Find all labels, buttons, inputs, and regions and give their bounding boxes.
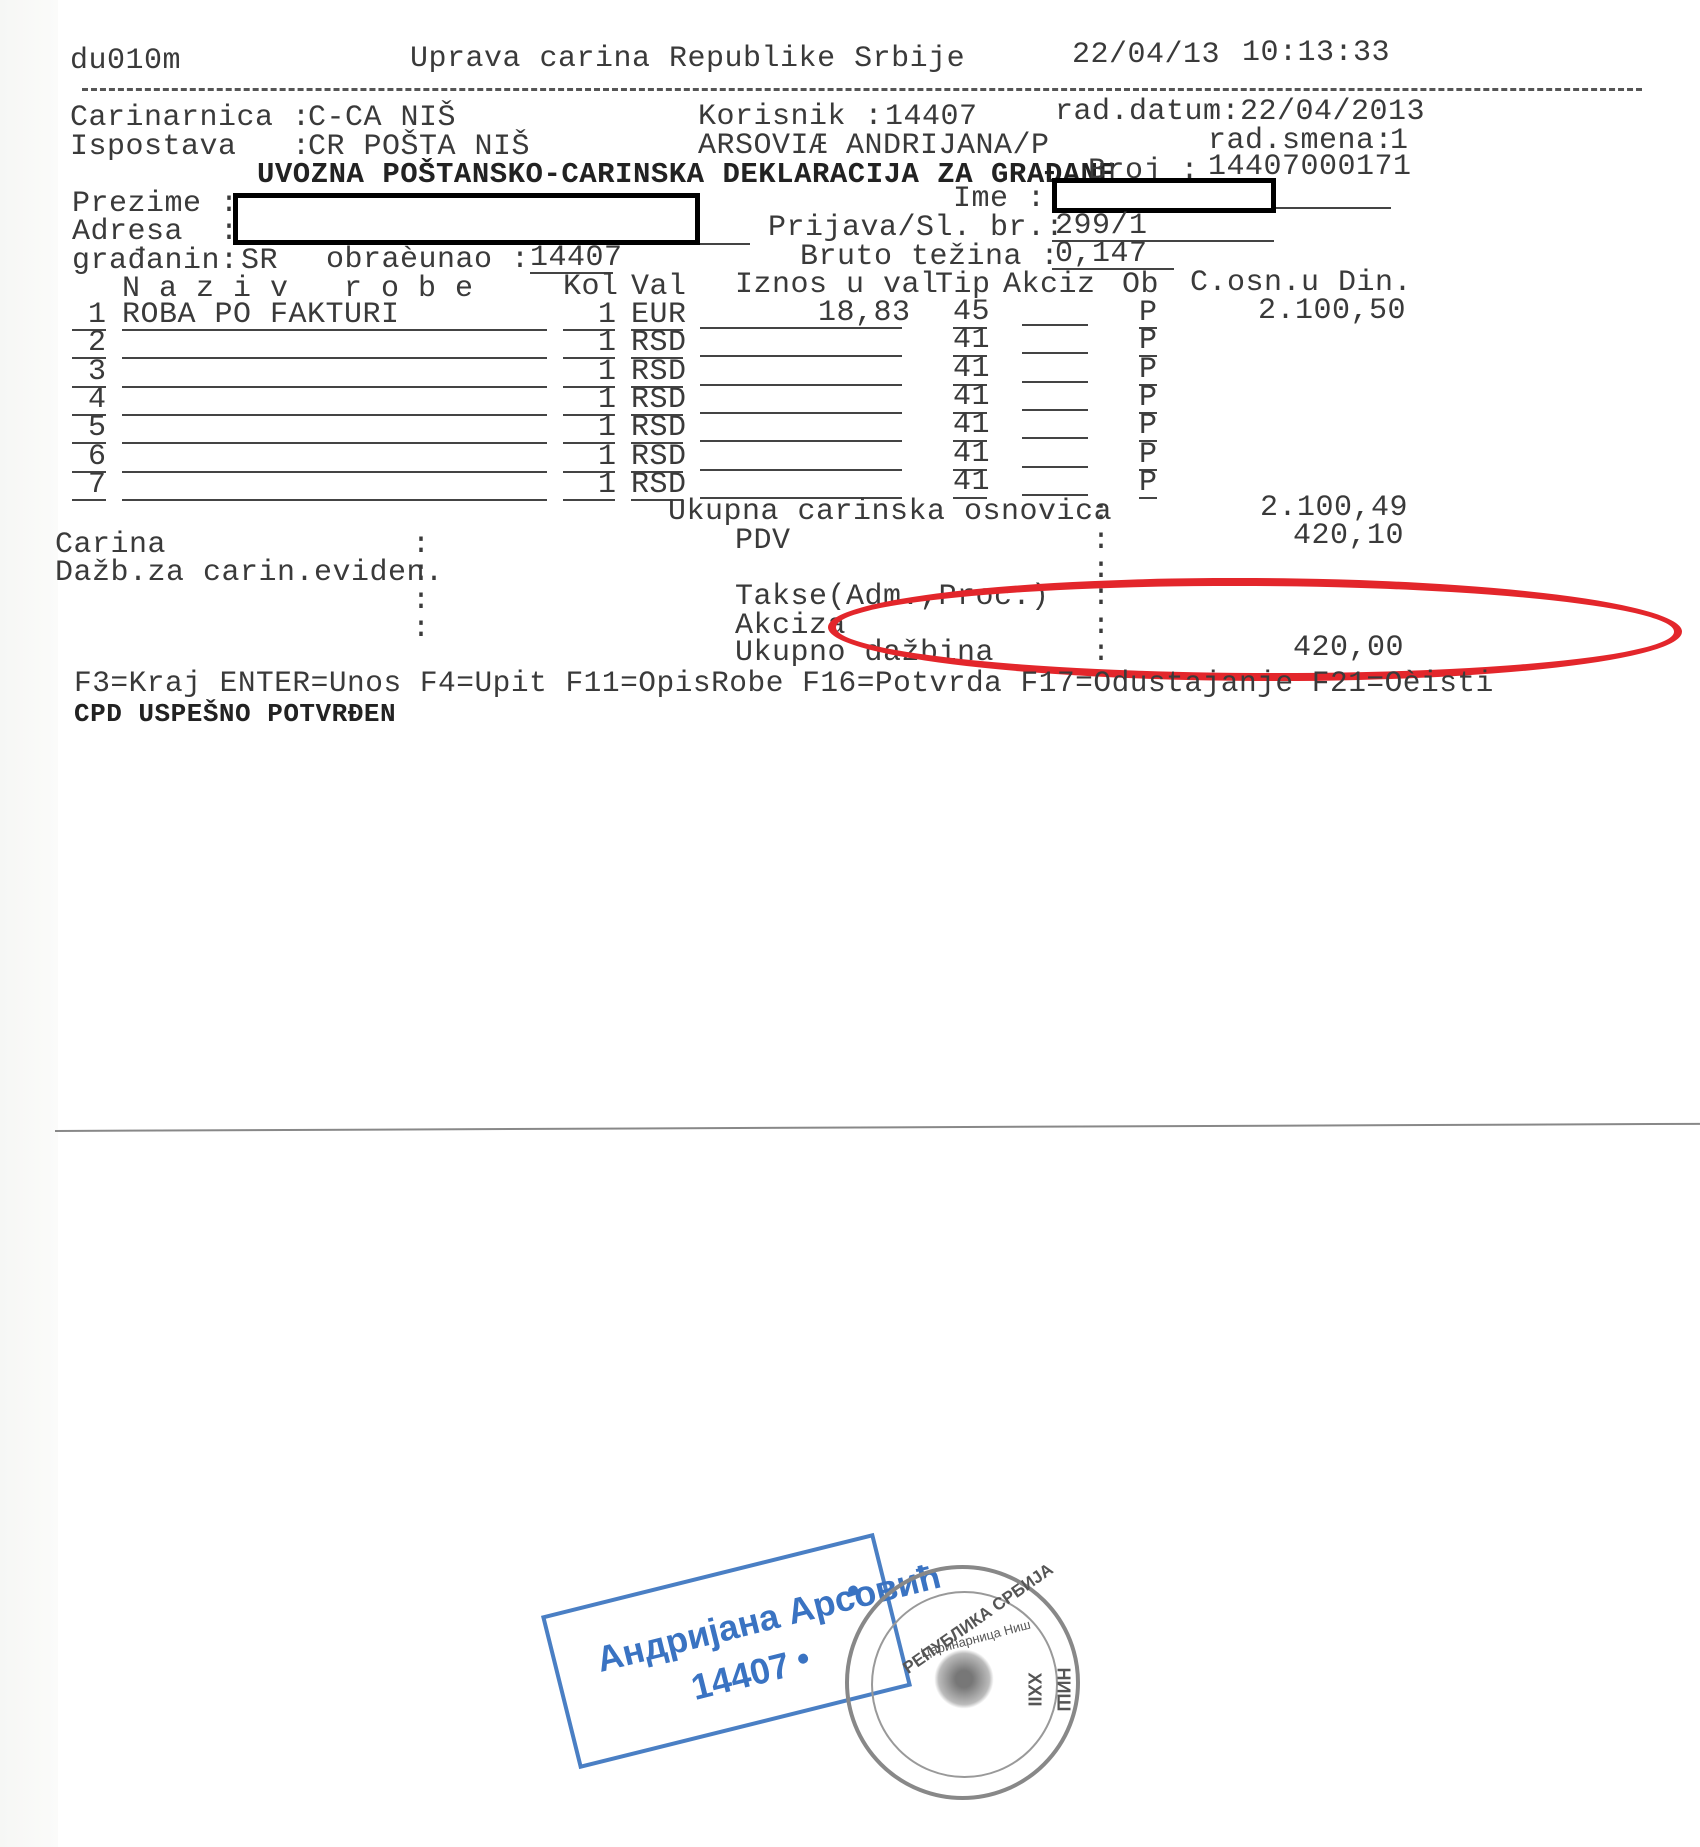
row-underline <box>122 357 547 359</box>
amount-field[interactable]: 18,83 <box>818 296 911 330</box>
row-underline <box>700 384 902 386</box>
row-underline <box>700 355 902 357</box>
row-underline <box>1022 381 1088 383</box>
row-underline <box>1022 466 1088 468</box>
paper-fold-line <box>55 1123 1700 1132</box>
row-underline <box>700 469 902 471</box>
row-number: 7 <box>88 468 107 502</box>
header-time: 10:13:33 <box>1242 36 1390 70</box>
row-underline <box>122 442 547 444</box>
program-code: du010m <box>70 44 181 78</box>
address-underline <box>700 243 750 245</box>
customs-seal: РЕПУБЛИКА СРБИЈА Царинарница Ниш XXII НИ… <box>845 1565 1080 1800</box>
pdv-label: PDV <box>735 524 791 558</box>
stamp-dot <box>797 1653 809 1665</box>
header-divider <box>82 88 1642 91</box>
document-header-title: Uprava carina Republike Srbije <box>410 42 965 76</box>
row-underline <box>122 414 547 416</box>
row-underline <box>563 499 615 501</box>
col-akciz: Akciz <box>1003 268 1096 302</box>
header-date: 22/04/13 <box>1072 38 1220 72</box>
customs-base-field: 2.100,50 <box>1258 294 1406 328</box>
paper-edge <box>0 0 58 1847</box>
row-underline <box>72 499 106 501</box>
pdv-value: 420,10 <box>1293 519 1404 553</box>
goods-name-field[interactable]: ROBA PO FAKTURI <box>122 298 400 332</box>
quantity-field[interactable]: 1 <box>598 468 617 502</box>
row-underline <box>1139 497 1157 499</box>
row-underline <box>122 499 547 501</box>
row-underline <box>122 386 547 388</box>
bruto-value: 0,147 <box>1055 237 1148 271</box>
dazb-label: Dažb.za carin.eviden. <box>55 556 444 590</box>
colon: : <box>412 612 431 646</box>
status-message: CPD USPEŠNO POTVRĐEN <box>74 697 396 731</box>
row-underline <box>122 471 547 473</box>
ob-field[interactable]: P <box>1139 466 1158 500</box>
redacted-name-address <box>233 193 700 245</box>
row-underline <box>700 327 902 329</box>
row-underline <box>1022 409 1088 411</box>
row-underline <box>700 440 902 442</box>
coat-of-arms-icon <box>934 1649 994 1709</box>
seal-city: НИШ <box>1053 1667 1074 1711</box>
ime-underline <box>1276 207 1391 209</box>
row-underline <box>122 329 547 331</box>
redacted-first-name <box>1052 178 1276 213</box>
tariff-type-field[interactable]: 41 <box>953 465 990 499</box>
row-underline <box>1022 437 1088 439</box>
row-underline <box>1022 324 1088 326</box>
row-underline <box>700 412 902 414</box>
row-underline <box>1022 352 1088 354</box>
function-keys-bar: F3=Kraj ENTER=Unos F4=Upit F11=OpisRobe … <box>74 666 1494 700</box>
seal-number: XXII <box>1024 1672 1045 1706</box>
